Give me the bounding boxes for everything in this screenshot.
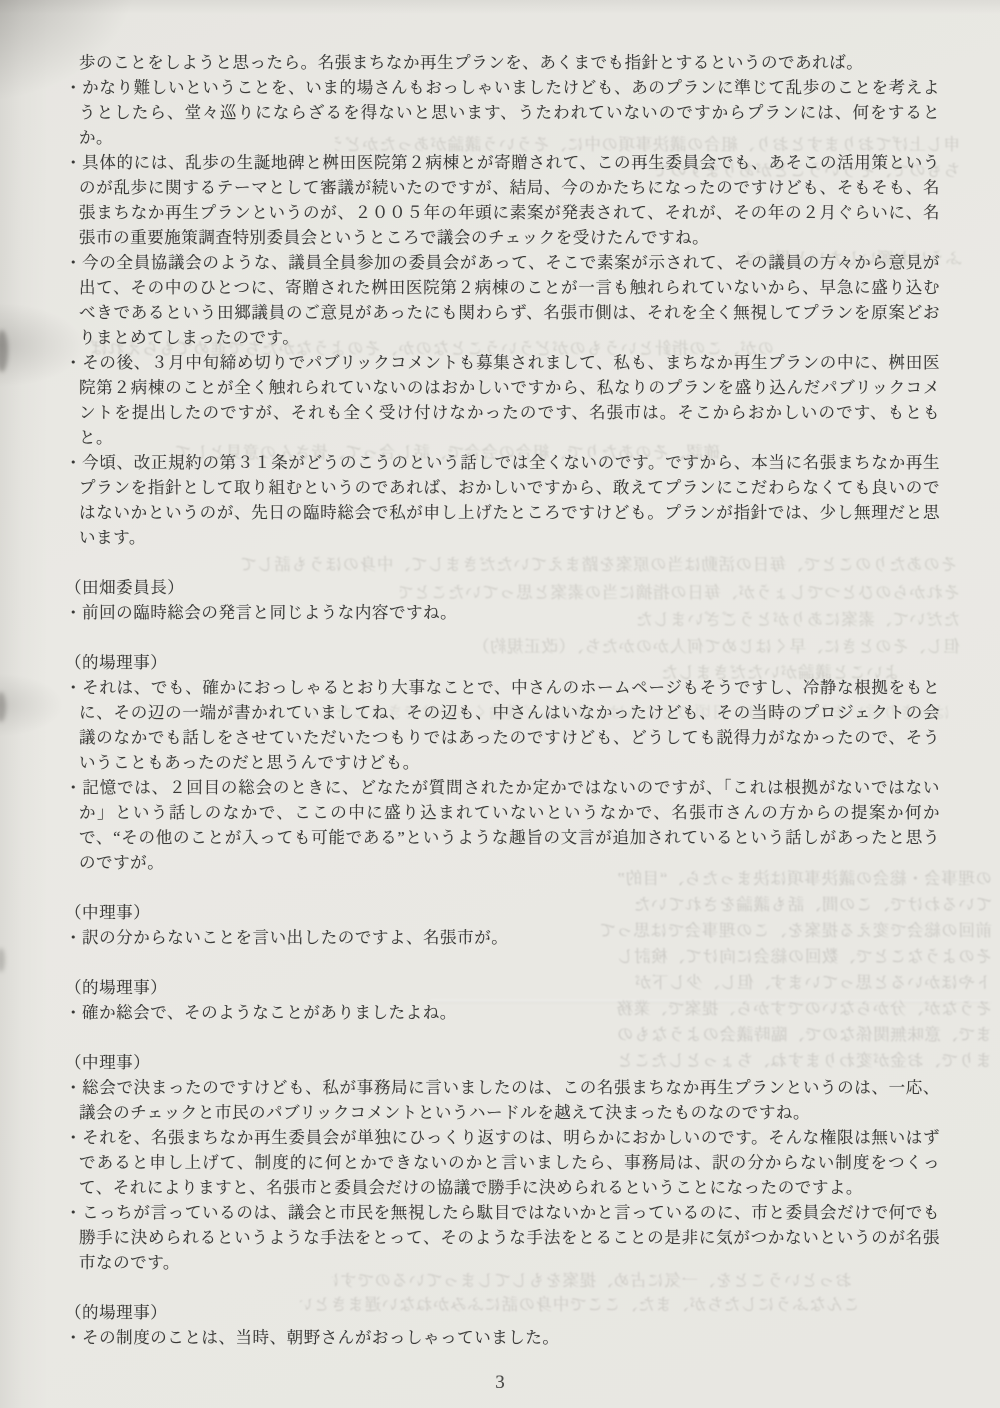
bullet-paragraph: ・今の全員協議会のような、議員全員参加の委員会があって、そこで素案が示されて、そ… [65, 250, 940, 350]
speaker-label-naka: （中理事） [65, 1050, 940, 1075]
bullet-paragraph: ・訳の分からないことを言い出したのですよ、名張市が。 [65, 925, 940, 950]
transcript-text-column: 歩のことをしようと思ったら。名張まちなか再生プランを、あくまでも指針とするという… [65, 50, 940, 1350]
bullet-paragraph: ・前回の臨時総会の発言と同じような内容ですね。 [65, 600, 940, 625]
speaker-label-naka: （中理事） [65, 900, 940, 925]
speaker-label-matoba: （的場理事） [65, 975, 940, 1000]
bullet-paragraph: ・こっちが言っているのは、議会と市民を無視したら駄目ではないかと言っているのに、… [65, 1200, 940, 1275]
bullet-paragraph: ・その後、３月中旬締め切りでパブリックコメントも募集されまして、私も、まちなか再… [65, 350, 940, 450]
scanned-minutes-page: 申し上げておりますとおり、組合の議決事項の中に、そういう議論があったかどうか、具… [0, 0, 1000, 1408]
bullet-paragraph: ・記憶では、２回目の総会のときに、どなたが質問されたか定かではないのですが、「こ… [65, 775, 940, 875]
continuation-paragraph: 歩のことをしようと思ったら。名張まちなか再生プランを、あくまでも指針とするという… [65, 50, 940, 75]
bullet-paragraph: ・それを、名張まちなか再生委員会が単独にひっくり返すのは、明らかにおかしいのです… [65, 1125, 940, 1200]
speaker-label-tabata-chair: （田畑委員長） [65, 575, 940, 600]
scan-smudge [0, 692, 6, 722]
speaker-label-matoba: （的場理事） [65, 650, 940, 675]
bullet-paragraph: ・今頃、改正規約の第３１条がどうのこうのという話しでは全くないのです。ですから、… [65, 450, 940, 550]
bullet-paragraph: ・その制度のことは、当時、朝野さんがおっしゃっていました。 [65, 1325, 940, 1350]
scan-smudge [0, 948, 5, 972]
bullet-paragraph: ・総会で決まったのですけども、私が事務局に言いましたのは、この名張まちなか再生プ… [65, 1075, 940, 1125]
page-number: 3 [0, 1372, 1000, 1394]
bullet-paragraph: ・かなり難しいということを、いま的場さんもおっしゃいましたけども、あのプランに準… [65, 75, 940, 150]
bullet-paragraph: ・具体的には、乱歩の生誕地碑と桝田医院第２病棟とが寄贈されて、この再生委員会でも… [65, 150, 940, 250]
bullet-paragraph: ・それは、でも、確かにおっしゃるとおり大事なことで、中さんのホームページもそうで… [65, 675, 940, 775]
bullet-paragraph: ・確か総会で、そのようなことがありましたよね。 [65, 1000, 940, 1025]
scan-smudge [0, 330, 8, 372]
speaker-label-matoba: （的場理事） [65, 1300, 940, 1325]
